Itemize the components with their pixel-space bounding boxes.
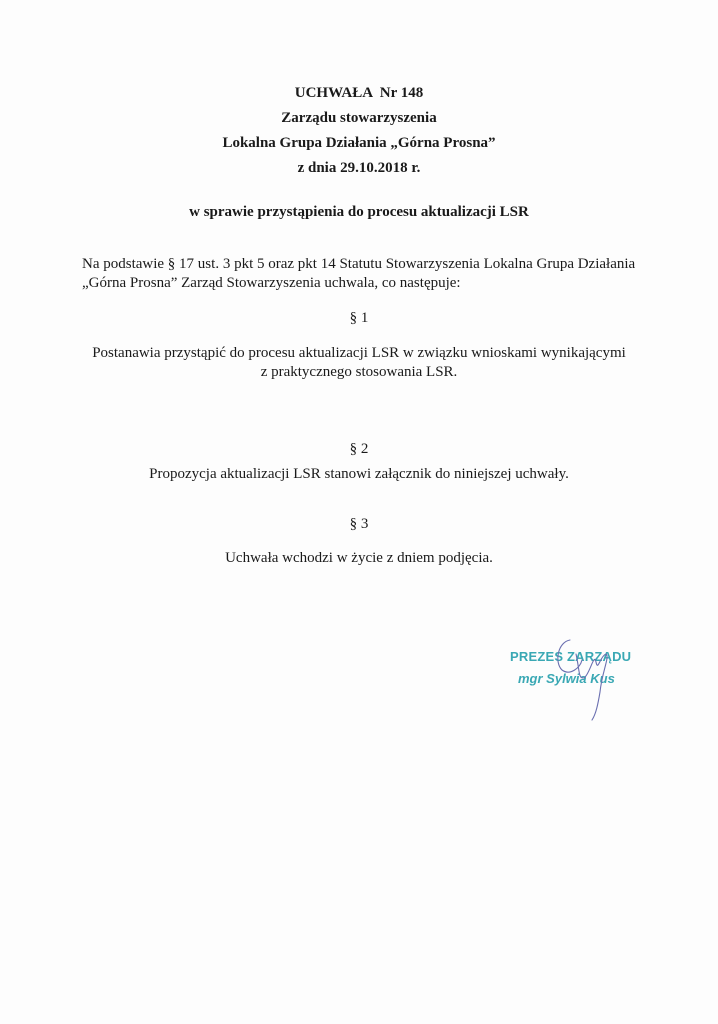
section-3-mark: § 3 [0,515,718,534]
organization-name: Lokalna Grupa Działania „Górna Prosna” [0,131,718,155]
resolution-body: Zarządu stowarzyszenia [0,106,718,130]
section-1-mark: § 1 [0,309,718,328]
document-page: UCHWAŁA Nr 148 Zarządu stowarzyszenia Lo… [0,0,718,1024]
section-1-line-1: Postanawia przystąpić do procesu aktuali… [0,344,718,363]
section-2-text: Propozycja aktualizacji LSR stanowi załą… [0,465,718,484]
resolution-date: z dnia 29.10.2018 r. [0,156,718,180]
section-1-text: Postanawia przystąpić do procesu aktuali… [0,344,718,382]
stamp-name: mgr Sylwia Kus [510,668,650,690]
resolution-title: UCHWAŁA Nr 148 [0,81,718,105]
section-2-mark: § 2 [0,440,718,459]
resolution-subject: w sprawie przystąpienia do procesu aktua… [0,204,718,221]
stamp-role: PREZES ZARZĄDU [510,646,650,668]
section-1-line-2: z praktycznego stosowania LSR. [0,363,718,382]
section-3-text: Uchwała wchodzi w życie z dniem podjęcia… [0,549,718,568]
intro-paragraph: Na podstawie § 17 ust. 3 pkt 5 oraz pkt … [82,255,682,293]
president-stamp: PREZES ZARZĄDU mgr Sylwia Kus [510,646,650,690]
